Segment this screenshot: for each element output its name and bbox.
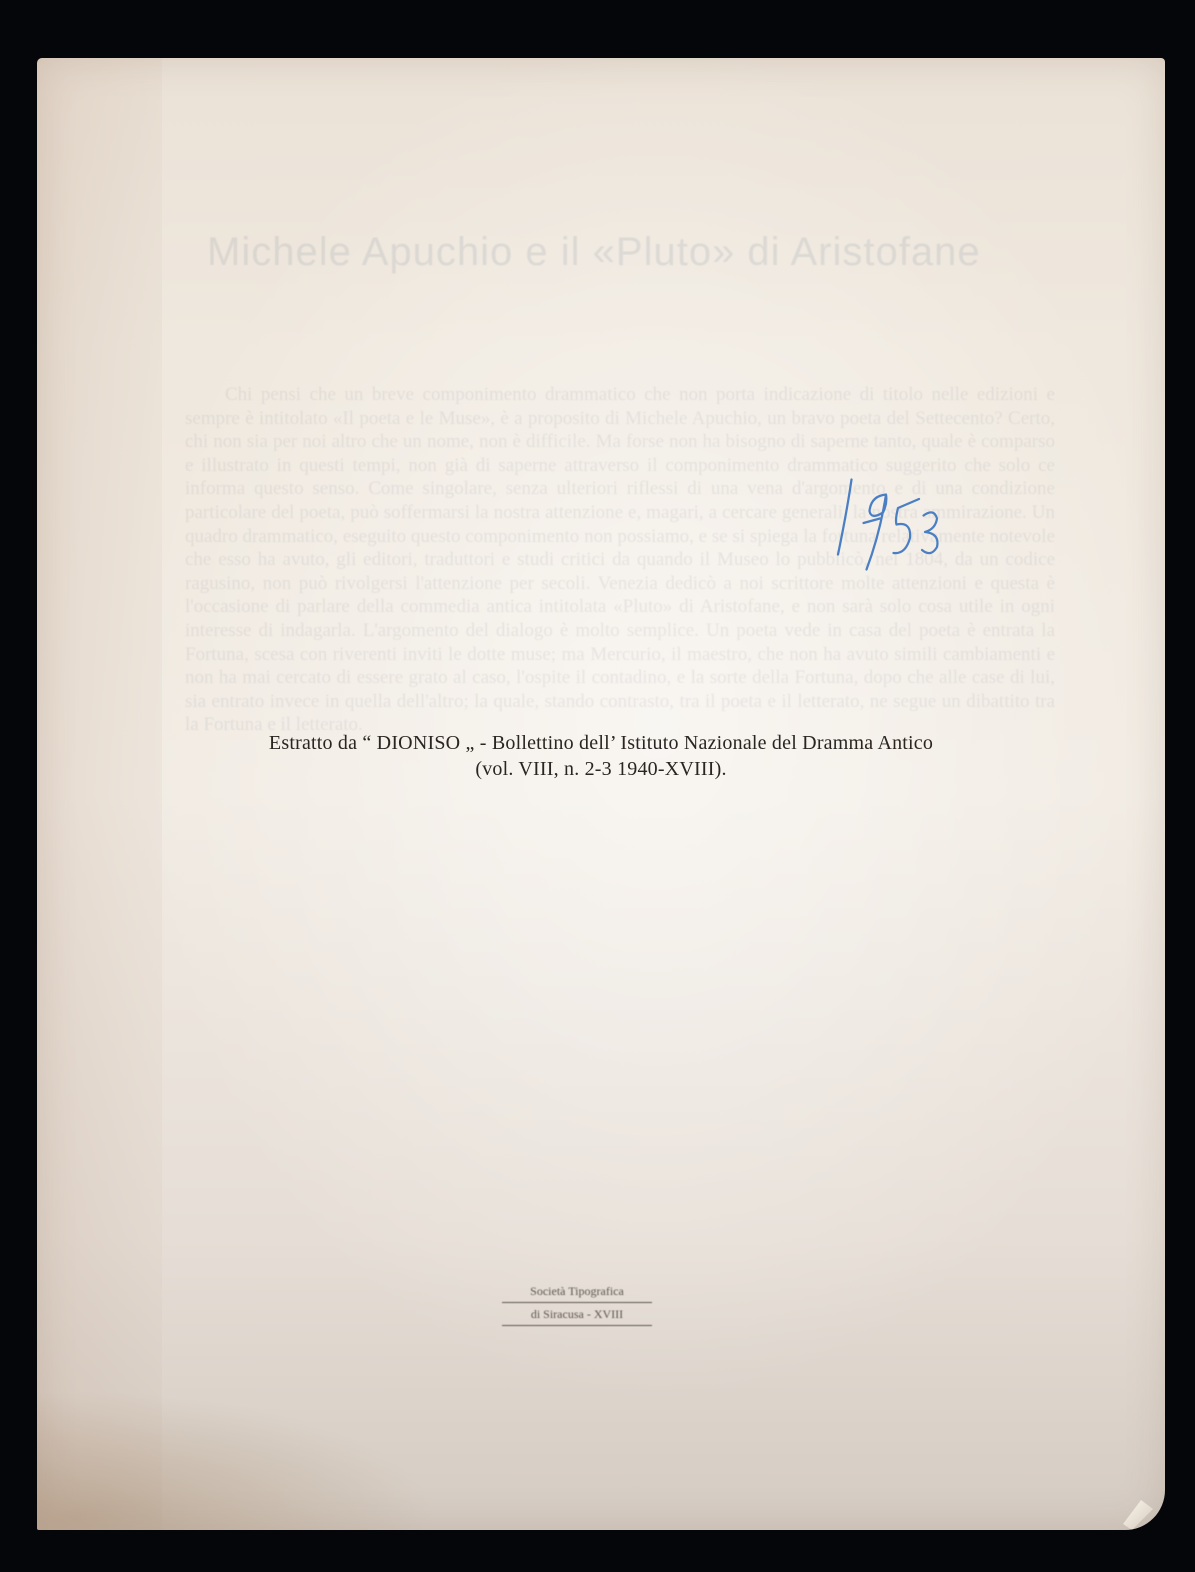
torn-corner [1123, 1500, 1153, 1530]
imprint-line-2: di Siracusa - XVIII [502, 1303, 652, 1326]
extract-notice-line-1: Estratto da “ DIONISO „ - Bollettino del… [269, 732, 933, 754]
handwritten-year-annotation: 1953 [817, 456, 967, 596]
show-through-title: Michele Apuchio e il «Pluto» di Aristofa… [207, 230, 981, 275]
document-page: Michele Apuchio e il «Pluto» di Aristofa… [37, 58, 1165, 1530]
extract-notice: Estratto da “ DIONISO „ - Bollettino del… [37, 730, 1165, 782]
imprint-line-1: Società Tipografica [502, 1280, 652, 1303]
publisher-imprint: Società Tipografica di Siracusa - XVIII [502, 1280, 652, 1326]
extract-notice-line-2: (vol. VIII, n. 2-3 1940-XVIII). [37, 756, 1165, 782]
